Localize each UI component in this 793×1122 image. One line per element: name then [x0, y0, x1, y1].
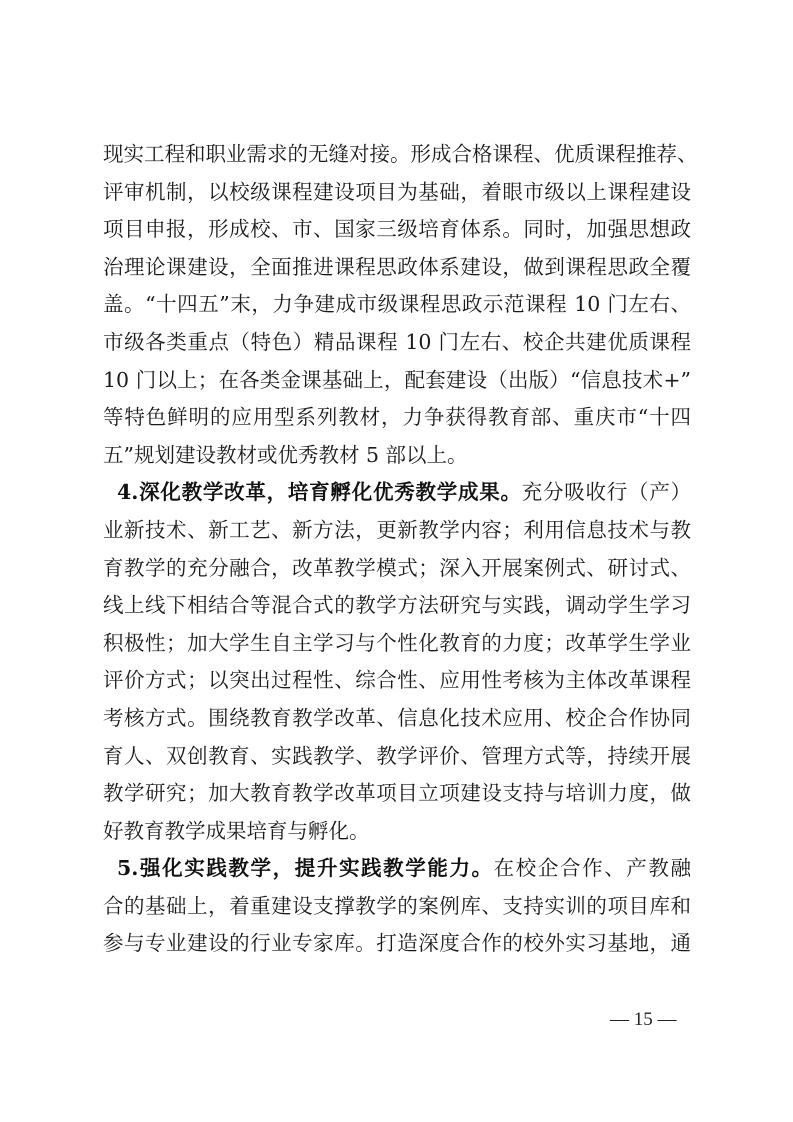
- text-line: 合的基础上，着重建设支撑教学的案例库、支持实训的项目库和: [103, 888, 691, 926]
- text-line: 育教学的充分融合，改革教学模式；深入开展案例式、研讨式、: [103, 550, 691, 588]
- text-line: 等特色鲜明的应用型系列教材，力争获得教育部、重庆市“十四: [103, 399, 691, 437]
- text-line: 评价方式；以突出过程性、综合性、应用性考核为主体改革课程: [103, 662, 691, 700]
- section-heading: 5.强化实践教学，提升实践教学能力。: [117, 856, 494, 880]
- text-line: 业新技术、新工艺、新方法，更新教学内容；利用信息技术与教: [103, 512, 691, 550]
- section-4-heading-line: 4.深化教学改革，培育孵化优秀教学成果。充分吸收行（产）: [103, 474, 691, 512]
- text-line: 育人、双创教育、实践教学、教学评价、管理方式等，持续开展: [103, 738, 691, 776]
- text-line: 评审机制，以校级课程建设项目为基础，着眼市级以上课程建设: [103, 174, 691, 212]
- text-line: 积极性；加大学生自主学习与个性化教育的力度；改革学生学业: [103, 625, 691, 663]
- text-line: 项目申报，形成校、市、国家三级培育体系。同时，加强思想政: [103, 211, 691, 249]
- paragraph-text: 充分吸收行（产）: [522, 480, 691, 504]
- text-line: 考核方式。围绕教育教学改革、信息化技术应用、校企合作协同: [103, 700, 691, 738]
- text-line: 好教育教学成果培育与孵化。: [103, 813, 691, 851]
- text-line: 治理论课建设，全面推进课程思政体系建设，做到课程思政全覆: [103, 249, 691, 287]
- text-line: 10 门以上；在各类金课基础上，配套建设（出版）“信息技术+”: [103, 362, 691, 400]
- document-body: 现实工程和职业需求的无缝对接。形成合格课程、优质课程推荐、 评审机制，以校级课程…: [103, 136, 691, 963]
- text-line: 盖。“十四五”末，力争建成市级课程思政示范课程 10 门左右、: [103, 286, 691, 324]
- paragraph-text: 在校企合作、产教融: [494, 856, 691, 880]
- section-heading: 4.深化教学改革，培育孵化优秀教学成果。: [117, 480, 522, 504]
- text-line: 五”规划建设教材或优秀教材 5 部以上。: [103, 437, 691, 475]
- page-number: — 15 —: [610, 1009, 690, 1031]
- section-5-heading-line: 5.强化实践教学，提升实践教学能力。在校企合作、产教融: [103, 850, 691, 888]
- text-line: 线上线下相结合等混合式的教学方法研究与实践，调动学生学习: [103, 587, 691, 625]
- text-line: 教学研究；加大教育教学改革项目立项建设支持与培训力度，做: [103, 775, 691, 813]
- text-line: 参与专业建设的行业专家库。打造深度合作的校外实习基地，通: [103, 925, 691, 963]
- text-line: 市级各类重点（特色）精品课程 10 门左右、校企共建优质课程: [103, 324, 691, 362]
- text-line: 现实工程和职业需求的无缝对接。形成合格课程、优质课程推荐、: [103, 136, 691, 174]
